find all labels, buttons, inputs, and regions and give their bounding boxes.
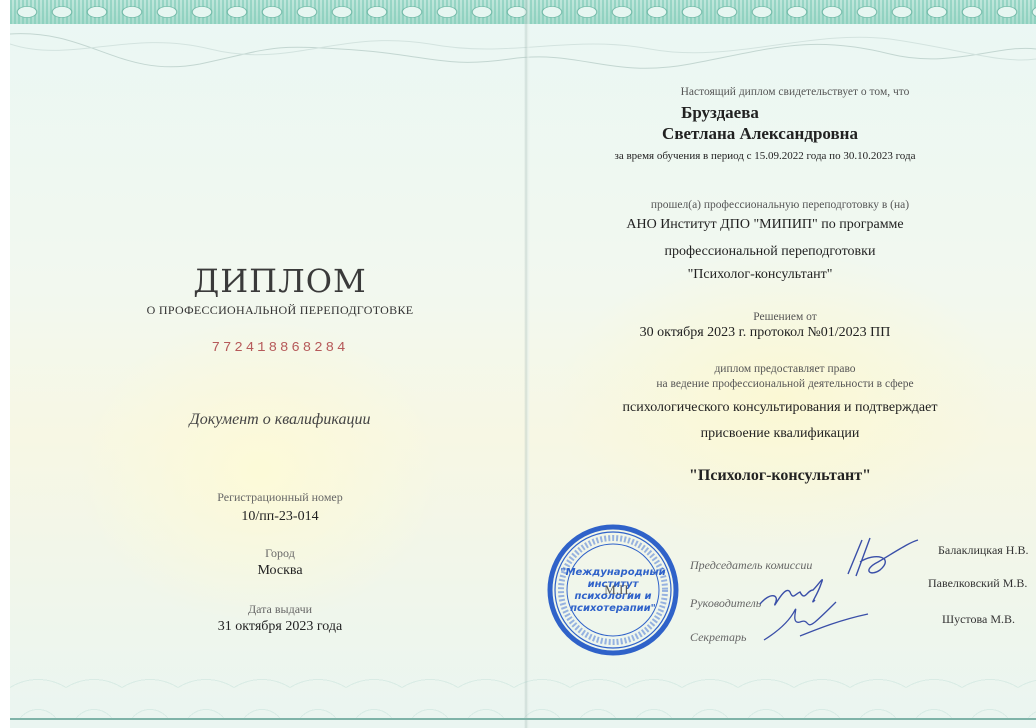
grants-line-1: диплом предоставляет право	[580, 363, 990, 375]
program-line: профессиональной переподготовки	[580, 244, 960, 260]
signatory-role-chair: Председатель комиссии	[690, 558, 812, 573]
signature-chair	[840, 532, 920, 582]
sphere-line-2: присвоение квалификации	[570, 426, 990, 442]
top-guilloche-border	[10, 0, 1036, 24]
stamp-text-line-1: "Международный	[560, 567, 665, 578]
signatory-name-chair: Балаклицкая Н.В.	[938, 543, 1028, 558]
document-kind: Документ о квалификации	[70, 411, 490, 429]
registration-label: Регистрационный номер	[70, 490, 490, 505]
diploma-title: ДИПЛОМ	[70, 262, 490, 300]
diploma-document: ДИПЛОМ о профессиональной переподготовке…	[0, 0, 1036, 728]
program-name: "Психолог-консультант"	[580, 267, 940, 283]
stamp-mp-label: М.П.	[604, 582, 631, 597]
signatory-name-director: Павелковский М.В.	[928, 576, 1027, 591]
signatory-name-secretary: Шустова М.В.	[942, 612, 1015, 627]
registration-number: 10/пп-23-014	[70, 509, 490, 525]
diamond-pattern	[10, 0, 1036, 24]
qualification-name: "Психолог-консультант"	[570, 467, 990, 485]
signatory-role-secretary: Секретарь	[690, 630, 746, 645]
institution-line: АНО Институт ДПО "МИПИП" по программе	[560, 217, 970, 233]
decorative-wave	[10, 24, 1036, 84]
recipient-surname: Бруздаева	[560, 103, 880, 123]
signature-secretary	[760, 600, 870, 645]
bottom-border-line	[10, 718, 1036, 720]
signatory-role-director: Руководитель	[690, 596, 761, 611]
sphere-line-1: психологического консультирования и подт…	[570, 400, 990, 416]
serial-number: 772418868284	[70, 340, 490, 356]
intro-text: Настоящий диплом свидетельствует о том, …	[560, 86, 1030, 98]
city-value: Москва	[70, 563, 490, 579]
recipient-given-names: Светлана Александровна	[560, 124, 960, 144]
institution-stamp: "Международный институт психологии и пси…	[546, 523, 680, 657]
page-fold	[524, 0, 530, 728]
decision-value: 30 октября 2023 г. протокол №01/2023 ПП	[570, 325, 960, 341]
city-label: Город	[70, 546, 490, 561]
issue-date-value: 31 октября 2023 года	[70, 619, 490, 635]
grants-line-2: на ведение профессиональной деятельности…	[580, 378, 990, 390]
study-period: за время обучения в период с 15.09.2022 …	[560, 150, 970, 162]
issue-date-label: Дата выдачи	[70, 602, 490, 617]
bottom-guilloche-pattern	[10, 662, 1036, 718]
stamp-text-line-4: психотерапии"	[570, 603, 656, 614]
diploma-subtitle: о профессиональной переподготовке	[70, 303, 490, 318]
passed-text: прошел(а) профессиональную переподготовк…	[590, 199, 970, 211]
decision-label: Решением от	[590, 311, 980, 323]
scan-margin	[0, 0, 10, 728]
